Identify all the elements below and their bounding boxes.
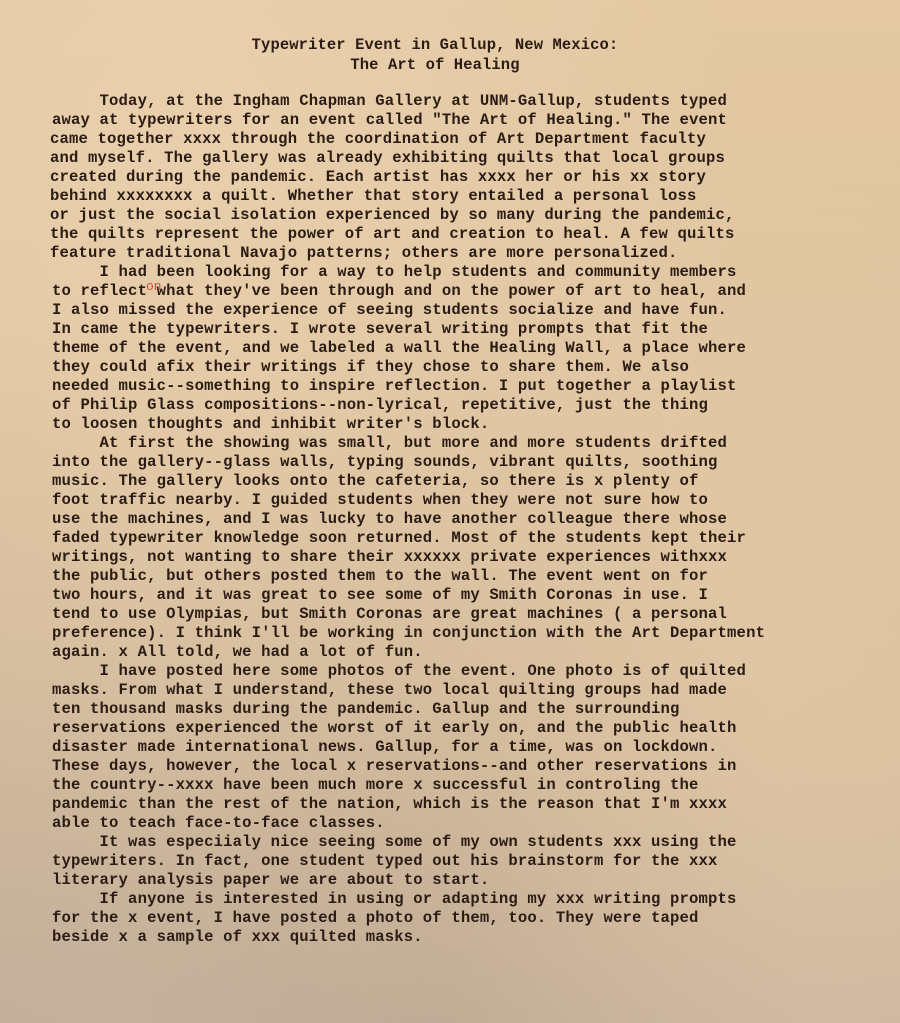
document-line: theme of the event, and we labeled a wal… [52, 339, 746, 357]
document-line: I also missed the experience of seeing s… [52, 301, 727, 319]
document-line: again. x All told, we had a lot of fun. [52, 643, 423, 661]
document-line: masks. From what I understand, these two… [52, 681, 727, 699]
document-line: of Philip Glass compositions--non-lyrica… [52, 396, 708, 414]
handwritten-insertion-annotation: on [146, 279, 162, 294]
document-line: preference). I think I'll be working in … [52, 624, 765, 642]
document-line: came together xxxx through the coordinat… [50, 130, 706, 148]
document-line: music. The gallery looks onto the cafete… [52, 472, 699, 490]
document-line: At first the showing was small, but more… [52, 434, 727, 452]
document-line: typewriters. In fact, one student typed … [52, 852, 718, 870]
document-line: Today, at the Ingham Chapman Gallery at … [52, 92, 727, 110]
document-line: for the x event, I have posted a photo o… [52, 909, 699, 927]
document-line: into the gallery--glass walls, typing so… [52, 453, 718, 471]
document-line: It was especiialy nice seeing some of my… [52, 833, 737, 851]
document-line: away at typewriters for an event called … [52, 111, 727, 129]
document-line: and myself. The gallery was already exhi… [50, 149, 725, 167]
document-line: pandemic than the rest of the nation, wh… [52, 795, 727, 813]
document-line: use the machines, and I was lucky to hav… [52, 510, 727, 528]
typewritten-document: Typewriter Event in Gallup, New Mexico: … [0, 0, 900, 1023]
document-line: the country--xxxx have been much more x … [52, 776, 699, 794]
document-line: literary analysis paper we are about to … [52, 871, 489, 889]
document-line: foot traffic nearby. I guided students w… [52, 491, 708, 509]
document-line: In came the typewriters. I wrote several… [52, 320, 708, 338]
document-line: ten thousand masks during the pandemic. … [52, 700, 680, 718]
document-line: beside x a sample of xxx quilted masks. [52, 928, 423, 946]
document-line: I have posted here some photos of the ev… [52, 662, 746, 680]
document-line: needed music--something to inspire refle… [52, 377, 737, 395]
document-line: feature traditional Navajo patterns; oth… [50, 244, 678, 262]
document-line: behind xxxxxxxx a quilt. Whether that st… [50, 187, 697, 205]
document-line: able to teach face-to-face classes. [52, 814, 385, 832]
document-line: created during the pandemic. Each artist… [50, 168, 706, 186]
document-line: the public, but others posted them to th… [52, 567, 708, 585]
document-title-line-1: Typewriter Event in Gallup, New Mexico: [0, 36, 885, 54]
document-line: or just the social isolation experienced… [50, 206, 735, 224]
document-line: tend to use Olympias, but Smith Coronas … [52, 605, 727, 623]
document-line: If anyone is interested in using or adap… [52, 890, 737, 908]
document-line: disaster made international news. Gallup… [52, 738, 718, 756]
document-line: These days, however, the local x reserva… [52, 757, 737, 775]
document-line: the quilts represent the power of art an… [50, 225, 735, 243]
document-line: they could afix their writings if they c… [52, 358, 689, 376]
document-line: writings, not wanting to share their xxx… [52, 548, 727, 566]
document-line: two hours, and it was great to see some … [52, 586, 708, 604]
document-title-line-2: The Art of Healing [0, 56, 885, 74]
document-line: faded typewriter knowledge soon returned… [52, 529, 746, 547]
document-line: to loosen thoughts and inhibit writer's … [52, 415, 489, 433]
document-line: reservations experienced the worst of it… [52, 719, 737, 737]
